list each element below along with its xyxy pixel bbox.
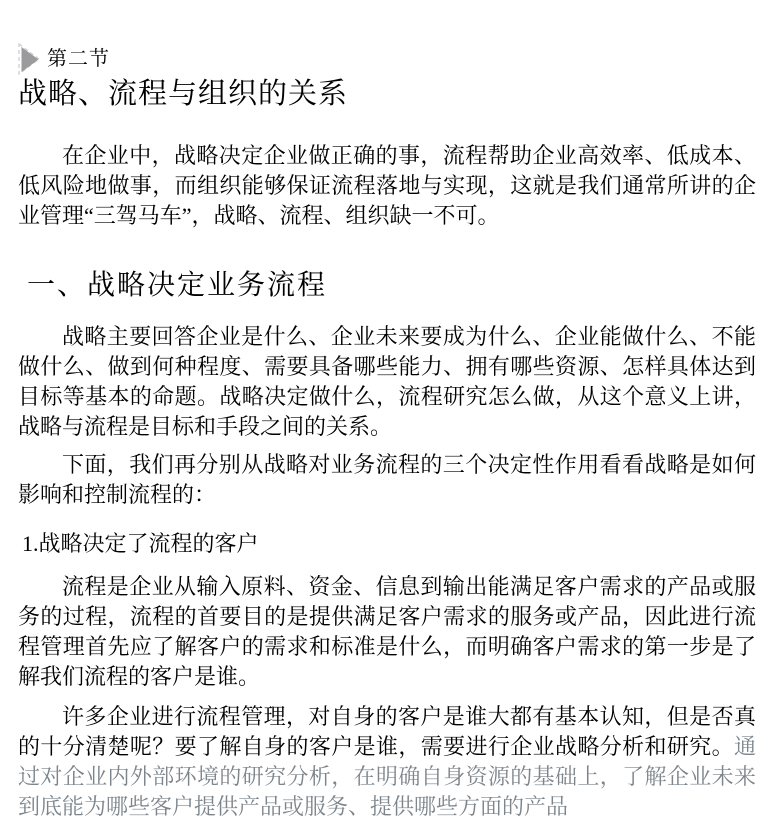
section-label: 第二节 bbox=[47, 48, 110, 70]
subsection-1-paragraph-2: 许多企业进行流程管理，对自身的客户是谁大都有基本认知，但是否真的十分清楚呢？要了… bbox=[18, 702, 756, 822]
section-1-heading: 一、战略决定业务流程 bbox=[27, 267, 756, 305]
intro-paragraph: 在企业中，战略决定企业做正确的事，流程帮助企业高效率、低成本、低风险地做事，而组… bbox=[18, 141, 756, 231]
section-1-paragraph-2: 下面，我们再分别从战略对业务流程的三个决定性作用看看战略是如何影响和控制流程的： bbox=[18, 450, 756, 510]
subsection-1-heading: 1.战略决定了流程的客户 bbox=[22, 529, 756, 559]
chapter-title: 战略、流程与组织的关系 bbox=[18, 76, 756, 112]
triangle-marker-icon bbox=[18, 43, 40, 75]
paragraph-text-lead: 许多企业进行流程管理，对自身的客户是谁大都有基本认知，但是否真的十分清楚呢？要了… bbox=[18, 704, 756, 759]
document-page: 第二节 战略、流程与组织的关系 在企业中，战略决定企业做正确的事，流程帮助企业高… bbox=[0, 0, 774, 827]
section-1-paragraph-1: 战略主要回答企业是什么、企业未来要成为什么、企业能做什么、不能做什么、做到何种程… bbox=[18, 322, 756, 442]
section-marker: 第二节 bbox=[18, 43, 756, 74]
subsection-1-paragraph-1: 流程是企业从输入原料、资金、信息到输出能满足客户需求的产品或服务的过程，流程的首… bbox=[18, 572, 756, 692]
